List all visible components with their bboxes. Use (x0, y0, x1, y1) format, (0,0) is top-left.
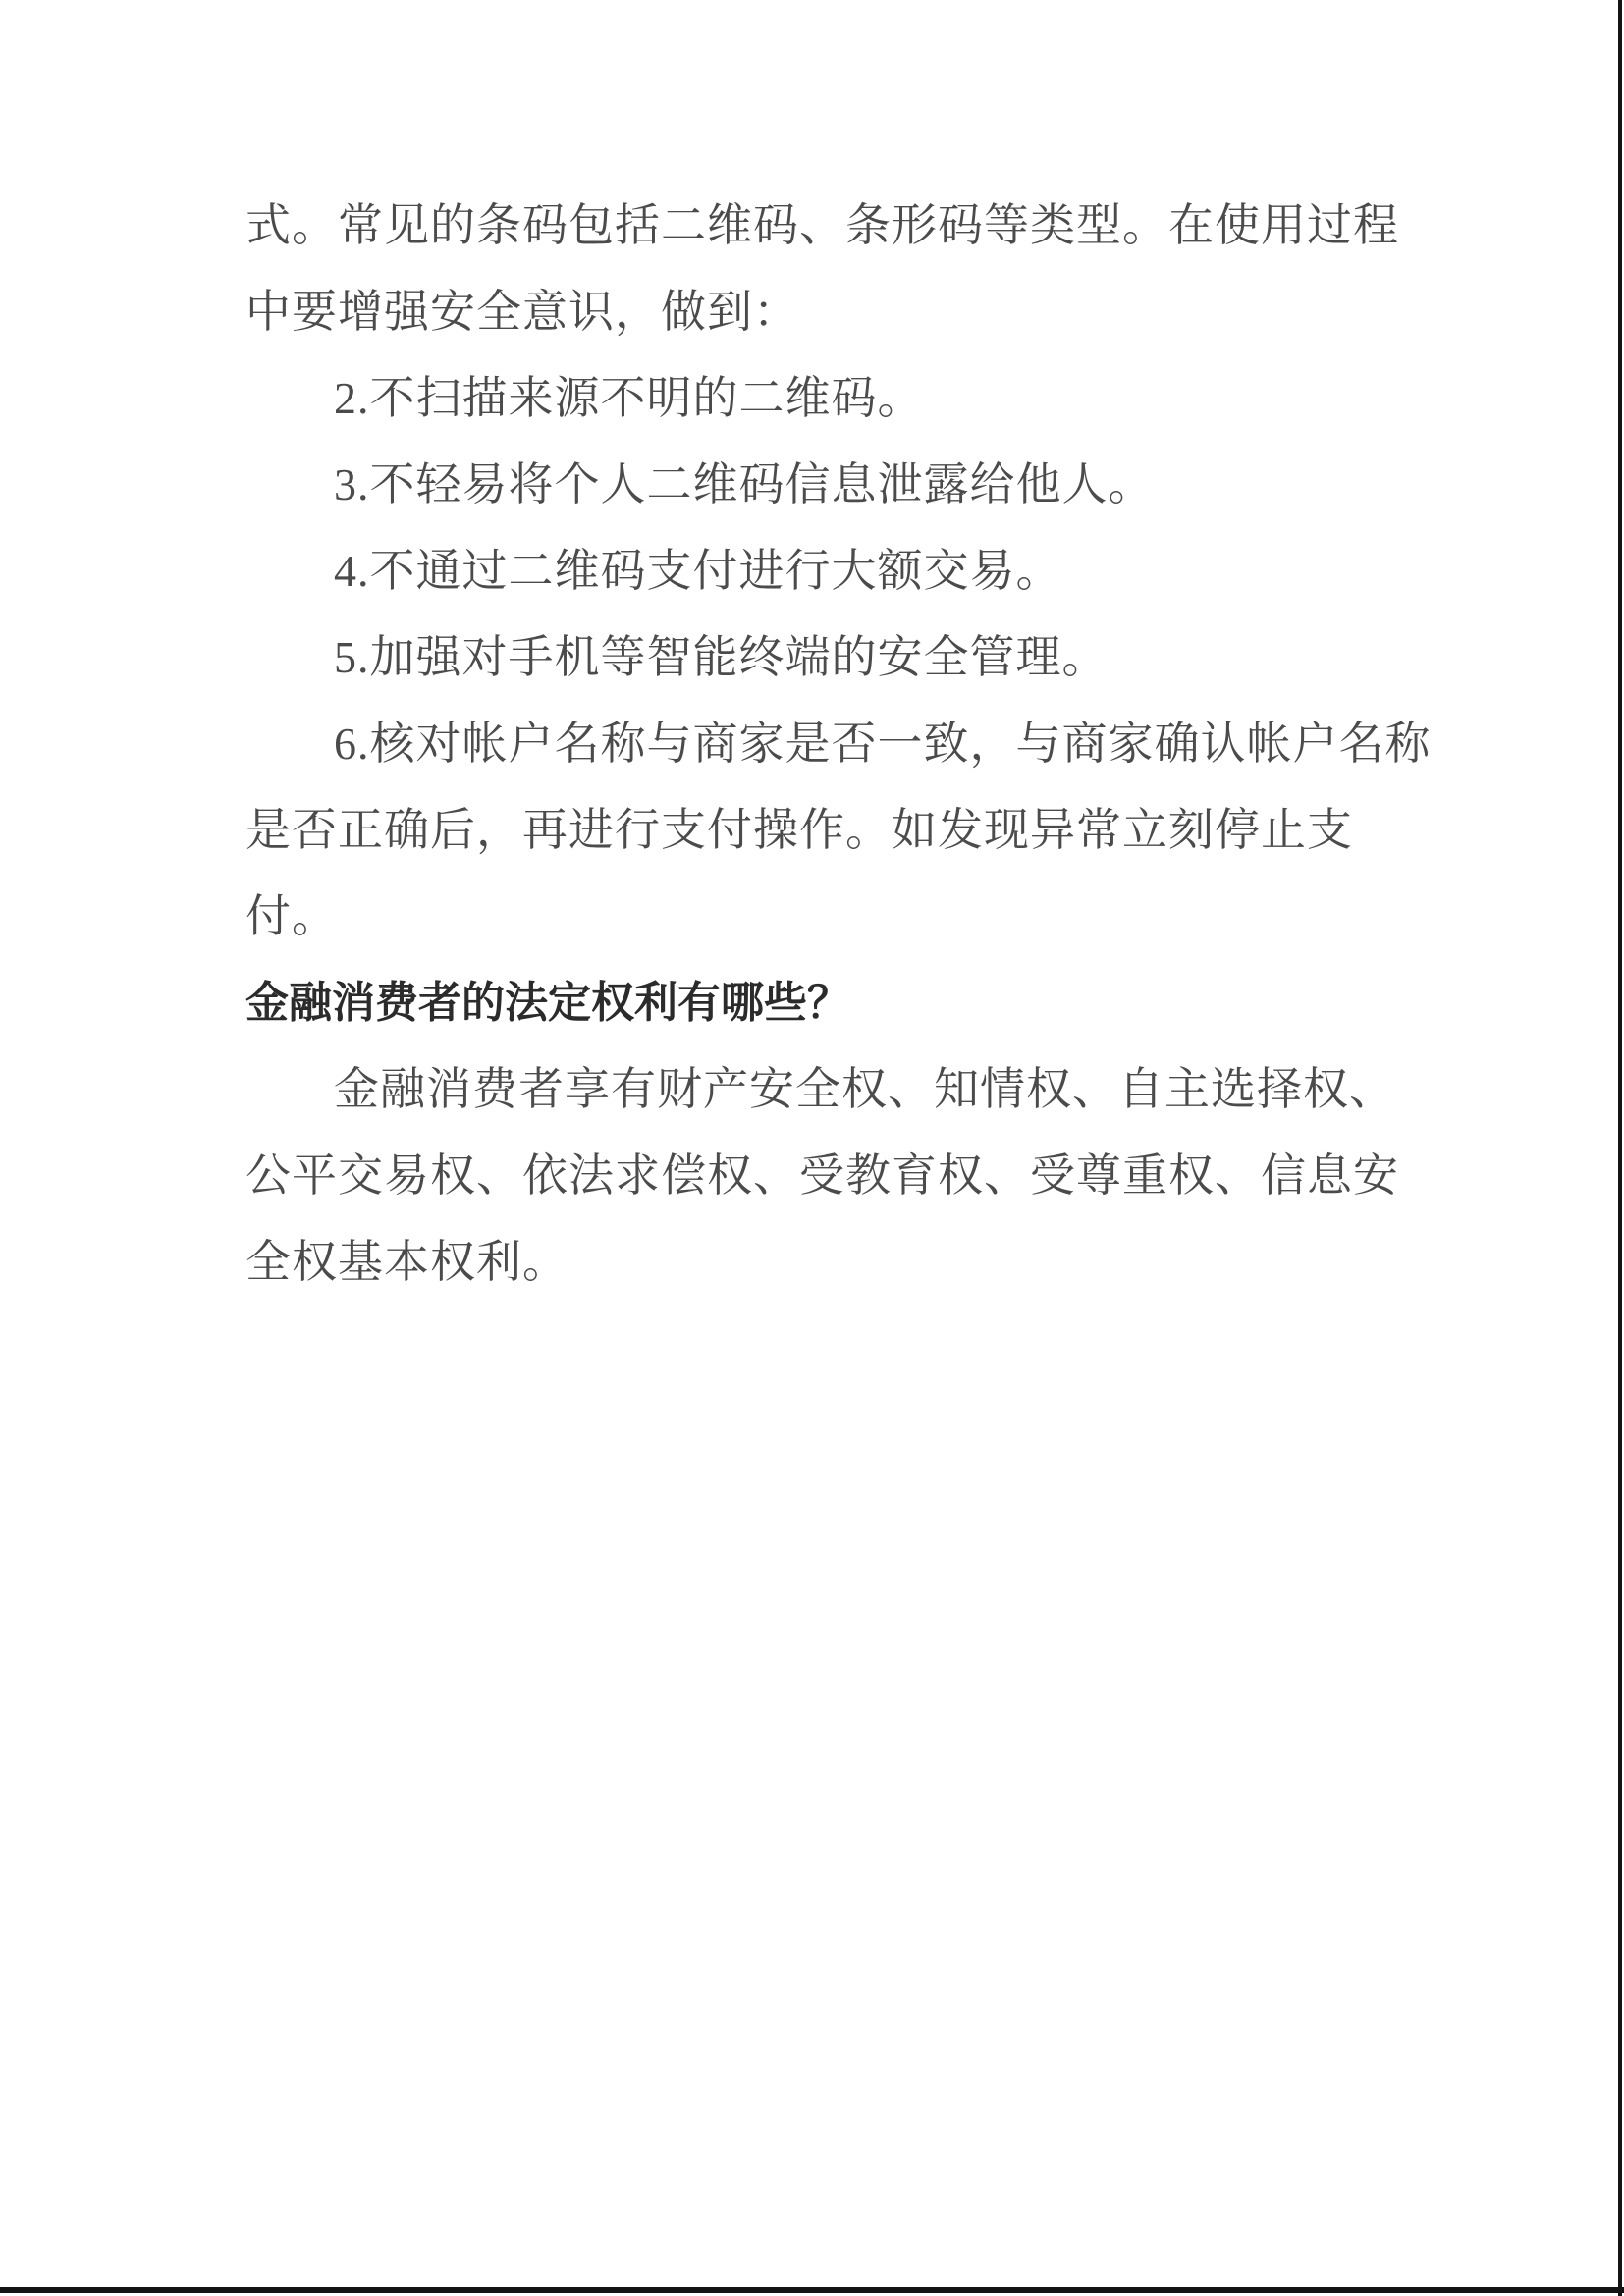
list-item-line: 2.不扫描来源不明的二维码。 (245, 355, 1394, 442)
body-line: 公平交易权、依法求偿权、受教育权、受尊重权、信息安 (245, 1133, 1394, 1219)
document-page: 式。常见的条码包括二维码、条形码等类型。在使用过程 中要增强安全意识，做到： 2… (0, 0, 1624, 2296)
body-line: 金融消费者享有财产安全权、知情权、自主选择权、 (245, 1046, 1394, 1133)
list-item-line: 6.核对帐户名称与商家是否一致，与商家确认帐户名称 (245, 701, 1394, 787)
document-text-block: 式。常见的条码包括二维码、条形码等类型。在使用过程 中要增强安全意识，做到： 2… (245, 183, 1394, 1306)
list-item-line: 4.不通过二维码支付进行大额交易。 (245, 528, 1394, 614)
list-item-line: 3.不轻易将个人二维码信息泄露给他人。 (245, 442, 1394, 528)
body-line: 式。常见的条码包括二维码、条形码等类型。在使用过程 (245, 183, 1394, 269)
list-item-line: 5.加强对手机等智能终端的安全管理。 (245, 614, 1394, 701)
page-edge-bottom-line (0, 2287, 1624, 2293)
body-line: 全权基本权利。 (245, 1219, 1394, 1306)
body-line: 中要增强安全意识，做到： (245, 269, 1394, 355)
body-line: 付。 (245, 874, 1394, 960)
body-line: 是否正确后，再进行支付操作。如发现异常立刻停止支 (245, 787, 1394, 874)
page-edge-right-line (1618, 0, 1622, 2296)
section-heading: 金融消费者的法定权利有哪些？ (245, 960, 1394, 1046)
